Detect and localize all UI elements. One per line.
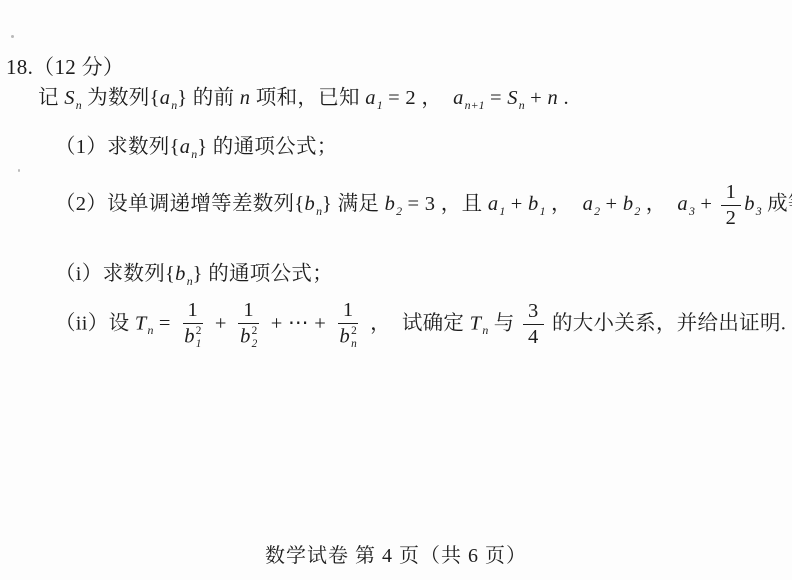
problem-number-heading: 18.（12 分） bbox=[6, 51, 124, 81]
scan-speck bbox=[18, 169, 20, 172]
scan-speck bbox=[11, 35, 14, 38]
problem-part1-line: （1）求数列{an} 的通项公式； bbox=[55, 129, 338, 162]
problem-intro-line: 记 Sn 为数列{an} 的前 n 项和，已知 a1 = 2 ， an+1 = … bbox=[38, 80, 569, 113]
exam-page: 18.（12 分） 记 Sn 为数列{an} 的前 n 项和，已知 a1 = 2… bbox=[0, 0, 792, 580]
problem-sub-ii-line: （ii）设 Tn = 1b21 + 1b22 + ⋯ + 1b2n ， 试确定 … bbox=[55, 299, 786, 351]
problem-part2-line: （2）设单调递增等差数列{bn} 满足 b2 = 3 ，且 a1 + b1 ， … bbox=[55, 181, 792, 230]
problem-sub-i-line: （i）求数列{bn} 的通项公式； bbox=[55, 256, 333, 289]
page-footer: 数学试卷 第 4 页（共 6 页） bbox=[0, 539, 792, 568]
